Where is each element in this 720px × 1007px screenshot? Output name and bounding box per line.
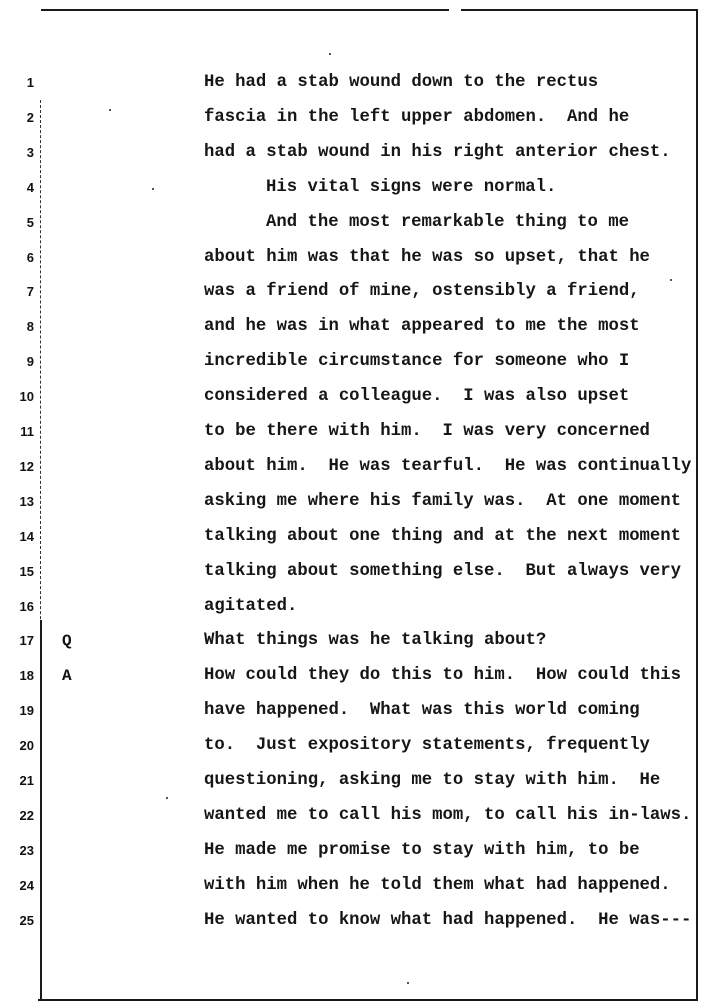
line-number: 19 — [0, 696, 34, 726]
line-text: What things was he talking about? — [204, 626, 546, 656]
line-number: 10 — [0, 382, 34, 412]
line-number: 15 — [0, 557, 34, 587]
line-number: 6 — [0, 243, 34, 273]
transcript-line: 16 agitated. — [0, 592, 720, 622]
transcript-line: 4 His vital signs were normal. — [0, 173, 720, 203]
scan-speck — [329, 53, 331, 55]
line-text: to be there with him. I was very concern… — [204, 417, 650, 447]
transcript-line: 19 have happened. What was this world co… — [0, 696, 720, 726]
line-text: to. Just expository statements, frequent… — [204, 731, 650, 761]
transcript-line: 1 He had a stab wound down to the rectus — [0, 68, 720, 98]
line-text: And the most remarkable thing to me — [266, 208, 629, 238]
bottom-border — [38, 999, 698, 1001]
transcript-line: 13 asking me where his family was. At on… — [0, 487, 720, 517]
line-text: He made me promise to stay with him, to … — [204, 836, 640, 866]
top-border-left — [41, 9, 449, 11]
line-number: 14 — [0, 522, 34, 552]
transcript-line: 2 fascia in the left upper abdomen. And … — [0, 103, 720, 133]
line-number: 12 — [0, 452, 34, 482]
line-text: talking about one thing and at the next … — [204, 522, 681, 552]
scan-speck — [407, 982, 409, 984]
line-number: 2 — [0, 103, 34, 133]
transcript-line: 18 A How could they do this to him. How … — [0, 661, 720, 691]
transcript-line: 8 and he was in what appeared to me the … — [0, 312, 720, 342]
line-number: 16 — [0, 592, 34, 622]
transcript-line: 21 questioning, asking me to stay with h… — [0, 766, 720, 796]
line-number: 18 — [0, 661, 34, 691]
line-text: His vital signs were normal. — [266, 173, 556, 203]
line-number: 23 — [0, 836, 34, 866]
line-number: 17 — [0, 626, 34, 656]
top-border-right — [461, 9, 697, 11]
transcript-line: 10 considered a colleague. I was also up… — [0, 382, 720, 412]
scan-speck — [166, 797, 168, 799]
line-number: 13 — [0, 487, 34, 517]
line-number: 7 — [0, 277, 34, 307]
line-text: was a friend of mine, ostensibly a frien… — [204, 277, 640, 307]
transcript-line: 7 was a friend of mine, ostensibly a fri… — [0, 277, 720, 307]
line-number: 4 — [0, 173, 34, 203]
line-text: wanted me to call his mom, to call his i… — [204, 801, 691, 831]
line-text: fascia in the left upper abdomen. And he — [204, 103, 629, 133]
line-number: 11 — [0, 417, 34, 447]
transcript-line: 6 about him was that he was so upset, th… — [0, 243, 720, 273]
line-text: about him. He was tearful. He was contin… — [204, 452, 691, 482]
transcript-line: 17 Q What things was he talking about? — [0, 626, 720, 656]
transcript-line: 24 with him when he told them what had h… — [0, 871, 720, 901]
line-text: have happened. What was this world comin… — [204, 696, 640, 726]
line-text: questioning, asking me to stay with him.… — [204, 766, 660, 796]
transcript-line: 11 to be there with him. I was very conc… — [0, 417, 720, 447]
line-text: asking me where his family was. At one m… — [204, 487, 681, 517]
line-number: 8 — [0, 312, 34, 342]
transcript-line: 12 about him. He was tearful. He was con… — [0, 452, 720, 482]
line-number: 22 — [0, 801, 34, 831]
line-text: agitated. — [204, 592, 297, 622]
transcript-line: 14 talking about one thing and at the ne… — [0, 522, 720, 552]
transcript-line: 5 And the most remarkable thing to me — [0, 208, 720, 238]
speaker-label: A — [62, 661, 72, 691]
line-number: 5 — [0, 208, 34, 238]
line-text: talking about something else. But always… — [204, 557, 681, 587]
line-text: with him when he told them what had happ… — [204, 871, 671, 901]
line-number: 24 — [0, 871, 34, 901]
line-text: and he was in what appeared to me the mo… — [204, 312, 640, 342]
line-text: had a stab wound in his right anterior c… — [204, 138, 671, 168]
line-text: He wanted to know what had happened. He … — [204, 906, 691, 936]
speaker-label: Q — [62, 626, 72, 656]
line-number: 20 — [0, 731, 34, 761]
transcript-line: 9 incredible circumstance for someone wh… — [0, 347, 720, 377]
line-text: He had a stab wound down to the rectus — [204, 68, 598, 98]
transcript-line: 15 talking about something else. But alw… — [0, 557, 720, 587]
line-text: incredible circumstance for someone who … — [204, 347, 629, 377]
line-number: 25 — [0, 906, 34, 936]
transcript-line: 20 to. Just expository statements, frequ… — [0, 731, 720, 761]
line-number: 21 — [0, 766, 34, 796]
transcript-line: 3 had a stab wound in his right anterior… — [0, 138, 720, 168]
line-text: about him was that he was so upset, that… — [204, 243, 650, 273]
transcript-line: 25 He wanted to know what had happened. … — [0, 906, 720, 936]
line-number: 1 — [0, 68, 34, 98]
transcript-line: 22 wanted me to call his mom, to call hi… — [0, 801, 720, 831]
line-number: 3 — [0, 138, 34, 168]
transcript-page: 1 He had a stab wound down to the rectus… — [0, 0, 720, 1007]
line-text: How could they do this to him. How could… — [204, 661, 681, 691]
line-number: 9 — [0, 347, 34, 377]
transcript-line: 23 He made me promise to stay with him, … — [0, 836, 720, 866]
line-text: considered a colleague. I was also upset — [204, 382, 629, 412]
